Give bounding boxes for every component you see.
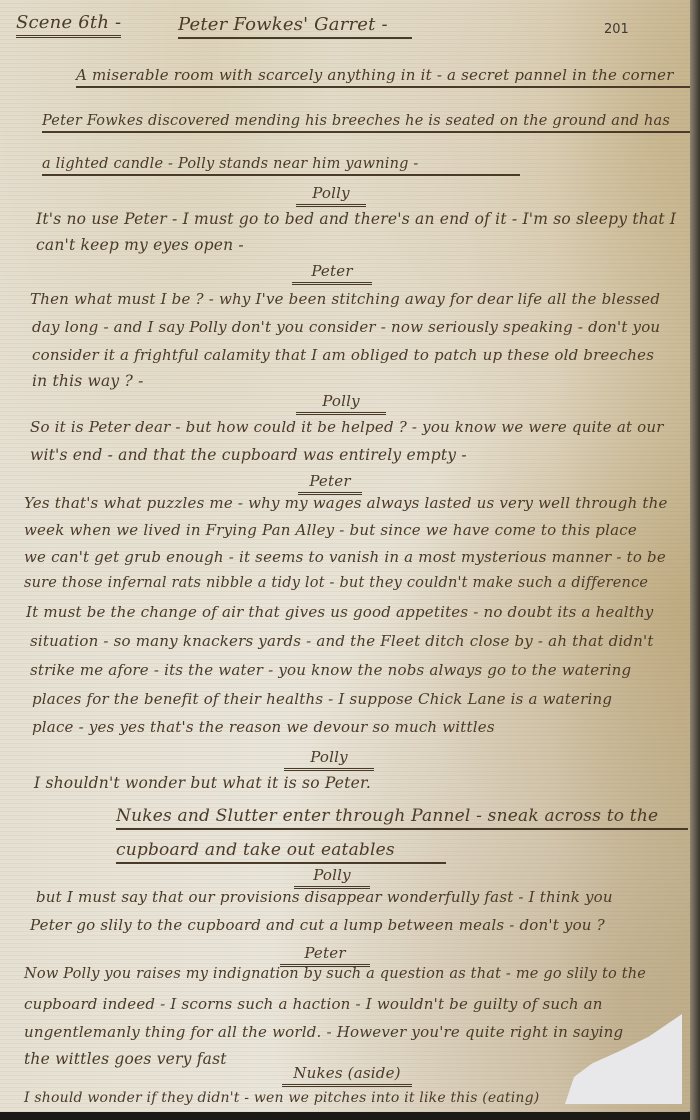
speaker-name: Polly (296, 392, 386, 415)
dialogue-line: consider it a frightful calamity that I … (32, 346, 654, 364)
dialogue-line: Yes that's what puzzles me - why my wage… (24, 494, 668, 512)
dialogue-line: day long - and I say Polly don't you con… (32, 318, 660, 336)
dialogue-line: Peter go slily to the cupboard and cut a… (30, 916, 605, 934)
speaker-name: Polly (296, 184, 366, 207)
dialogue-line: So it is Peter dear - but how could it b… (30, 418, 664, 436)
stage-direction-line: Nukes and Slutter enter through Pannel -… (116, 806, 688, 830)
dialogue-line: I shouldn't wonder but what it is so Pet… (34, 774, 371, 792)
scene-label: Scene 6th - (16, 12, 121, 38)
manuscript-page: 201 Scene 6th - Peter Fowkes' Garret - A… (0, 0, 692, 1112)
book-spine-edge (690, 0, 700, 1120)
stage-direction-line: cupboard and take out eatables (116, 840, 446, 864)
dialogue-line: I should wonder if they didn't - wen we … (24, 1090, 539, 1106)
dialogue-line: can't keep my eyes open - (36, 236, 244, 254)
dialogue-line: wit's end - and that the cupboard was en… (30, 446, 467, 464)
dialogue-line: but I must say that our provisions disap… (36, 888, 613, 906)
speaker-name: Peter (280, 944, 370, 967)
dialogue-line: Then what must I be ? - why I've been st… (30, 290, 660, 308)
dialogue-line: cupboard indeed - I scorns such a hactio… (24, 995, 603, 1013)
speaker-name: Nukes (aside) (282, 1064, 412, 1087)
dialogue-line: in this way ? - (32, 372, 144, 390)
folio-number: 201 (604, 22, 629, 37)
dialogue-line: strike me afore - its the water - you kn… (30, 661, 631, 679)
dialogue-line: we can't get grub enough - it seems to v… (24, 548, 666, 566)
dialogue-line: ungentlemanly thing for all the world. -… (24, 1023, 623, 1041)
dialogue-line: sure those infernal rats nibble a tidy l… (24, 575, 648, 591)
dialogue-line: place - yes yes that's the reason we dev… (32, 718, 495, 736)
dialogue-line: situation - so many knackers yards - and… (30, 632, 654, 650)
setting-description: A miserable room with scarcely anything … (76, 66, 692, 88)
scene-title: Peter Fowkes' Garret - (178, 14, 412, 39)
dialogue-line: week when we lived in Frying Pan Alley -… (24, 521, 637, 539)
speaker-name: Peter (292, 262, 372, 285)
stage-direction-line: Peter Fowkes discovered mending his bree… (42, 113, 692, 133)
speaker-name: Polly (284, 748, 374, 771)
dialogue-line: the wittles goes very fast (24, 1050, 227, 1068)
speaker-name: Peter (298, 472, 362, 495)
stage-direction-line: a lighted candle - Polly stands near him… (42, 156, 520, 176)
dialogue-line: places for the benefit of their healths … (32, 690, 612, 708)
dialogue-line: It's no use Peter - I must go to bed and… (36, 210, 676, 228)
speaker-name: Polly (294, 866, 370, 889)
dialogue-line: Now Polly you raises my indignation by s… (24, 966, 646, 982)
dialogue-line: It must be the change of air that gives … (26, 603, 653, 621)
